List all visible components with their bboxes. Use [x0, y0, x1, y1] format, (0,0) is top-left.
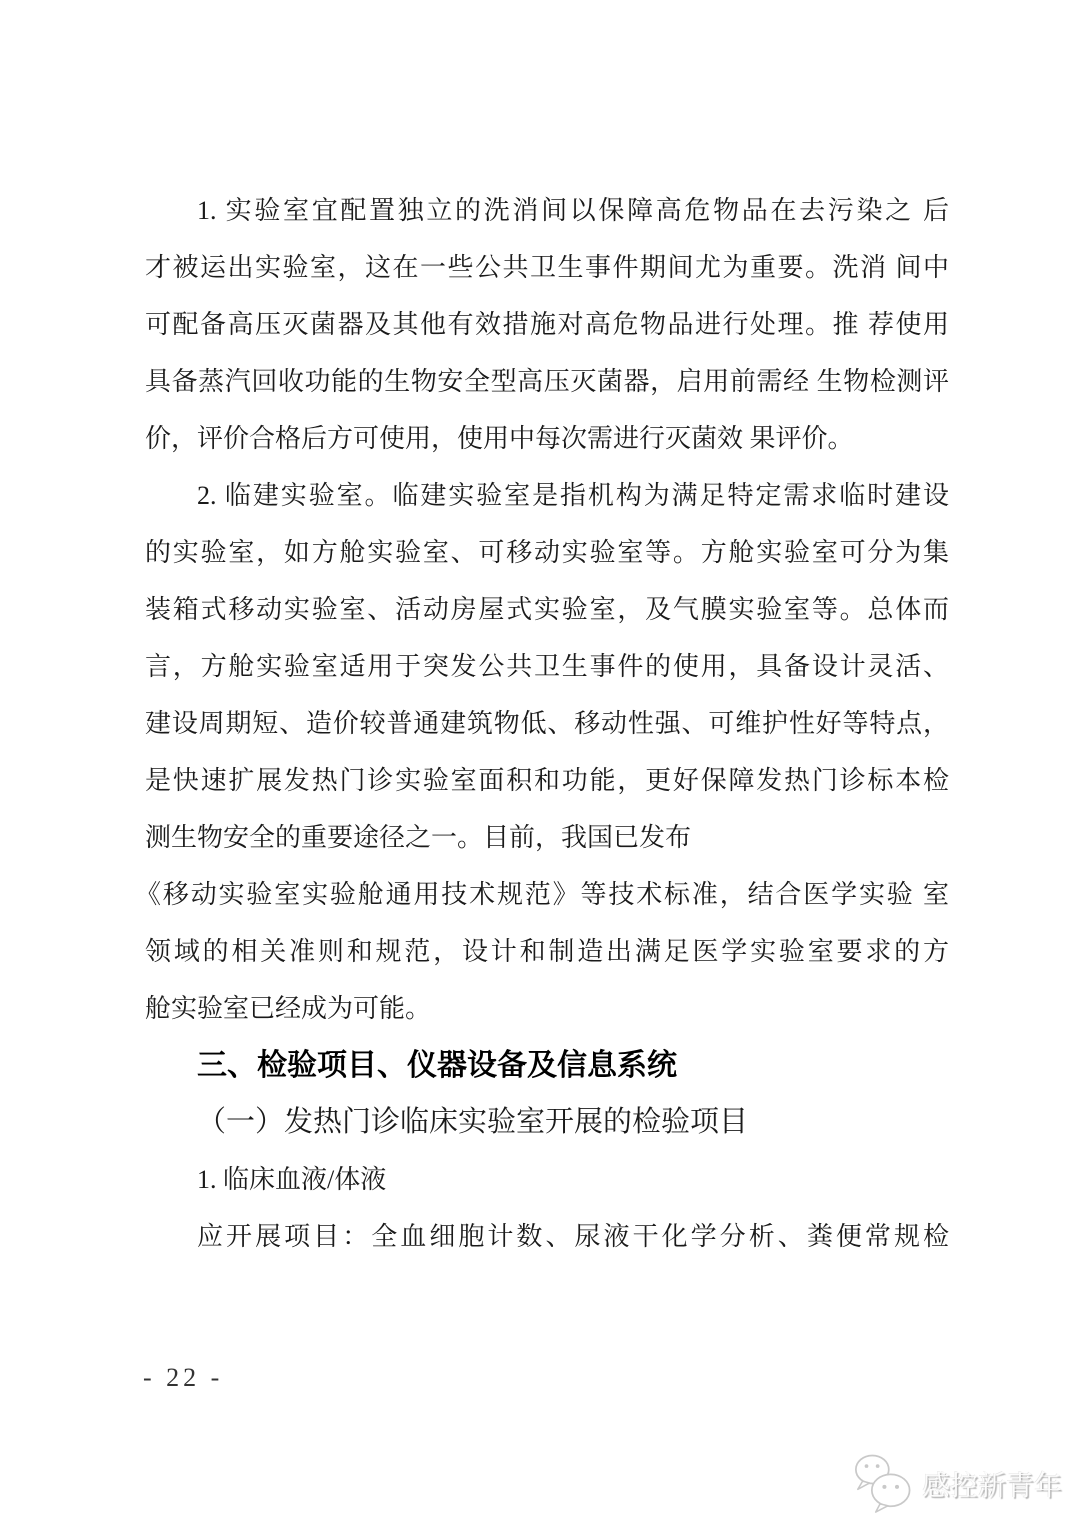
document-page: 1. 实验室宜配置独立的洗消间以保障高危物品在去污染之 后才被运出实验室，这在一…: [0, 0, 1080, 1527]
text-line: 才被运出实验室，这在一些公共卫生事件期间尤为重要。洗消 间中: [145, 239, 949, 296]
text-line: 装箱式移动实验室、活动房屋式实验室，及气膜实验室等。总体而: [145, 581, 949, 638]
text-line: 可配备高压灭菌器及其他有效措施对高危物品进行处理。推 荐使用: [145, 296, 949, 353]
text-line: 1. 临床血液/体液: [145, 1151, 949, 1208]
text-line: 1. 实验室宜配置独立的洗消间以保障高危物品在去污染之 后: [145, 182, 949, 239]
text-line: 价，评价合格后方可使用，使用中每次需进行灭菌效 果评价。: [145, 410, 949, 467]
page-number: - 22 -: [143, 1358, 223, 1398]
sub-heading: （一）发热门诊临床实验室开展的检验项目: [145, 1094, 949, 1151]
section-heading: 三、检验项目、仪器设备及信息系统: [145, 1037, 949, 1094]
text-line: 具备蒸汽回收功能的生物安全型高压灭菌器，启用前需经 生物检测评: [145, 353, 949, 410]
text-line: 领域的相关准则和规范，设计和制造出满足医学实验室要求的方: [145, 923, 949, 980]
wechat-icon: [852, 1453, 912, 1515]
document-content: 1. 实验室宜配置独立的洗消间以保障高危物品在去污染之 后才被运出实验室，这在一…: [145, 182, 949, 1265]
text-line: 是快速扩展发热门诊实验室面积和功能，更好保障发热门诊标本检: [145, 752, 949, 809]
watermark-text: 感控新青年: [922, 1464, 1062, 1504]
text-line: 建设周期短、造价较普通建筑物低、移动性强、可维护性好等特点，: [145, 695, 949, 752]
text-line: 的实验室，如方舱实验室、可移动实验室等。方舱实验室可分为集: [145, 524, 949, 581]
text-line: 言，方舱实验室适用于突发公共卫生事件的使用，具备设计灵活、: [145, 638, 949, 695]
text-line: 2. 临建实验室。临建实验室是指机构为满足特定需求临时建设: [145, 467, 949, 524]
text-line: 《移动实验室实验舱通用技术规范》等技术标准，结合医学实验 室: [135, 866, 949, 923]
text-line: 测生物安全的重要途径之一。目前，我国已发布: [145, 809, 949, 866]
text-line: 舱实验室已经成为可能。: [145, 980, 949, 1037]
text-line: 应开展项目：全血细胞计数、尿液干化学分析、粪便常规检: [145, 1208, 949, 1265]
watermark: 感控新青年: [852, 1448, 1072, 1520]
